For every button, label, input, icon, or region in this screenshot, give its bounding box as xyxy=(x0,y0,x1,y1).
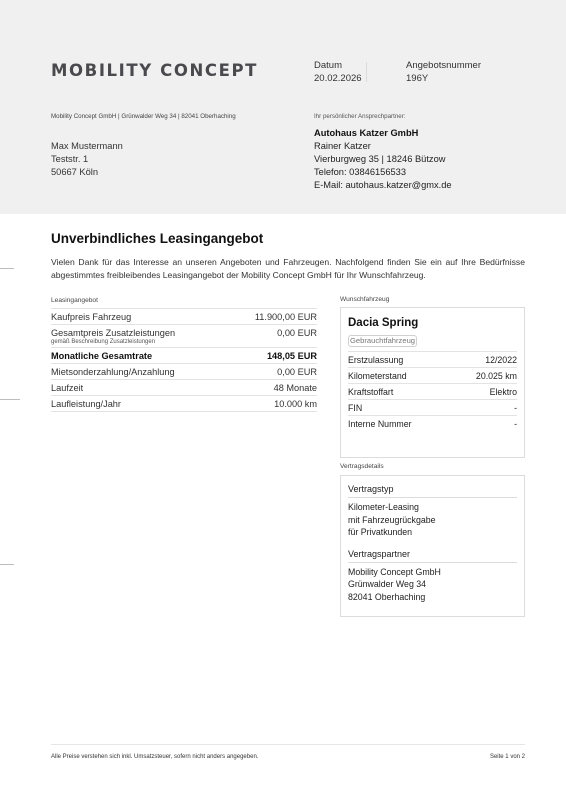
brand-logo: MOBILITY CONCEPT xyxy=(51,61,258,80)
table-row: Gesamtpreis Zusatzleistungen gemäß Besch… xyxy=(51,324,317,347)
lease-section-label: Leasingangebot xyxy=(51,297,98,304)
page-title: Unverbindliches Leasingangebot xyxy=(51,231,263,246)
row-value: Elektro xyxy=(490,387,517,397)
footer-divider xyxy=(51,744,525,745)
contact-block: Autohaus Katzer GmbH Rainer Katzer Vierb… xyxy=(314,127,452,192)
table-row: Interne Nummer - xyxy=(348,415,517,431)
recipient-address: Max Mustermann Teststr. 1 50667 Köln xyxy=(51,140,123,179)
vehicle-details: Erstzulassung 12/2022 Kilometerstand 20.… xyxy=(348,351,517,431)
row-label: Laufzeit xyxy=(51,383,83,393)
vehicle-section-label: Wunschfahrzeug xyxy=(340,296,389,303)
contract-partner-line: Mobility Concept GmbH xyxy=(348,566,517,579)
row-value: 20.025 km xyxy=(476,371,517,381)
row-label: Kaufpreis Fahrzeug xyxy=(51,312,131,322)
row-value: 48 Monate xyxy=(274,383,317,393)
date-block: Datum 20.02.2026 xyxy=(314,59,362,85)
meta-divider xyxy=(366,62,367,82)
contract-type-line: Kilometer-Leasing xyxy=(348,501,517,514)
row-value: 0,00 EUR xyxy=(277,328,317,338)
row-label: Kraftstoffart xyxy=(348,387,393,397)
contact-email: E-Mail: autohaus.katzer@gmx.de xyxy=(314,179,452,192)
contact-label: Ihr persönlicher Ansprechpartner: xyxy=(314,113,406,120)
recipient-name: Max Mustermann xyxy=(51,140,123,153)
contract-section-label: Vertragsdetails xyxy=(340,463,384,470)
sender-line: Mobility Concept GmbH | Grünwalder Weg 3… xyxy=(51,113,236,120)
row-value: 10.000 km xyxy=(274,399,317,409)
date-value: 20.02.2026 xyxy=(314,72,362,85)
contract-type-line: mit Fahrzeugrückgabe xyxy=(348,514,517,527)
row-value: - xyxy=(514,419,517,429)
row-label: Gesamtpreis Zusatzleistungen xyxy=(51,328,175,338)
offer-number-block: Angebotsnummer 196Y xyxy=(406,59,481,85)
row-label: Laufleistung/Jahr xyxy=(51,399,121,409)
contract-partner-line: 82041 Oberhaching xyxy=(348,591,517,604)
contract-card: Vertragstyp Kilometer-Leasing mit Fahrze… xyxy=(340,475,525,617)
contract-type-line: für Privatkunden xyxy=(348,526,517,539)
row-label: Interne Nummer xyxy=(348,419,412,429)
intro-text: Vielen Dank für das Interesse an unseren… xyxy=(51,256,525,282)
table-row: Laufzeit 48 Monate xyxy=(51,379,317,395)
footer-note: Alle Preise verstehen sich inkl. Umsatzs… xyxy=(51,754,258,760)
table-row: FIN - xyxy=(348,399,517,415)
vehicle-card: Dacia Spring Gebrauchtfahrzeug Erstzulas… xyxy=(340,307,525,458)
contact-name: Rainer Katzer xyxy=(314,140,452,153)
table-row: Laufleistung/Jahr 10.000 km xyxy=(51,395,317,412)
row-label: Monatliche Gesamtrate xyxy=(51,351,152,361)
letter-header: MOBILITY CONCEPT Datum 20.02.2026 Angebo… xyxy=(0,0,566,214)
row-value: - xyxy=(514,403,517,413)
contact-company: Autohaus Katzer GmbH xyxy=(314,127,452,140)
contact-address: Vierburgweg 35 | 18246 Bützow xyxy=(314,153,452,166)
vehicle-condition-badge: Gebrauchtfahrzeug xyxy=(348,335,417,347)
table-row: Kaufpreis Fahrzeug 11.900,00 EUR xyxy=(51,308,317,324)
date-label: Datum xyxy=(314,59,362,72)
offer-number-value: 196Y xyxy=(406,72,481,85)
contract-partner-heading: Vertragspartner xyxy=(348,549,517,563)
recipient-city: 50667 Köln xyxy=(51,166,123,179)
row-label: Kilometerstand xyxy=(348,371,407,381)
recipient-street: Teststr. 1 xyxy=(51,153,123,166)
row-label: Mietsonderzahlung/Anzahlung xyxy=(51,367,175,377)
vehicle-name: Dacia Spring xyxy=(348,317,517,329)
contract-partner-text: Mobility Concept GmbH Grünwalder Weg 34 … xyxy=(348,566,517,604)
row-value: 12/2022 xyxy=(485,355,517,365)
row-value: 0,00 EUR xyxy=(277,367,317,377)
row-sublabel: gemäß Beschreibung Zusatzleistungen xyxy=(51,339,175,345)
contract-partner-line: Grünwalder Weg 34 xyxy=(348,578,517,591)
contact-phone: Telefon: 03846156533 xyxy=(314,166,452,179)
row-label: Erstzulassung xyxy=(348,355,403,365)
row-value: 148,05 EUR xyxy=(267,351,317,361)
offer-number-label: Angebotsnummer xyxy=(406,59,481,72)
page-number: Seite 1 von 2 xyxy=(490,754,525,760)
fold-mark xyxy=(0,268,14,269)
lease-table: Kaufpreis Fahrzeug 11.900,00 EUR Gesamtp… xyxy=(51,308,317,412)
row-label: FIN xyxy=(348,403,362,413)
fold-mark xyxy=(0,564,14,565)
row-value: 11.900,00 EUR xyxy=(255,312,317,322)
table-row-monthly-rate: Monatliche Gesamtrate 148,05 EUR xyxy=(51,347,317,363)
contract-type-text: Kilometer-Leasing mit Fahrzeugrückgabe f… xyxy=(348,501,517,539)
table-row: Kilometerstand 20.025 km xyxy=(348,367,517,383)
contract-type-heading: Vertragstyp xyxy=(348,484,517,498)
row-label-group: Gesamtpreis Zusatzleistungen gemäß Besch… xyxy=(51,328,175,345)
table-row: Erstzulassung 12/2022 xyxy=(348,351,517,367)
table-row: Mietsonderzahlung/Anzahlung 0,00 EUR xyxy=(51,363,317,379)
punch-mark xyxy=(0,399,20,400)
table-row: Kraftstoffart Elektro xyxy=(348,383,517,399)
